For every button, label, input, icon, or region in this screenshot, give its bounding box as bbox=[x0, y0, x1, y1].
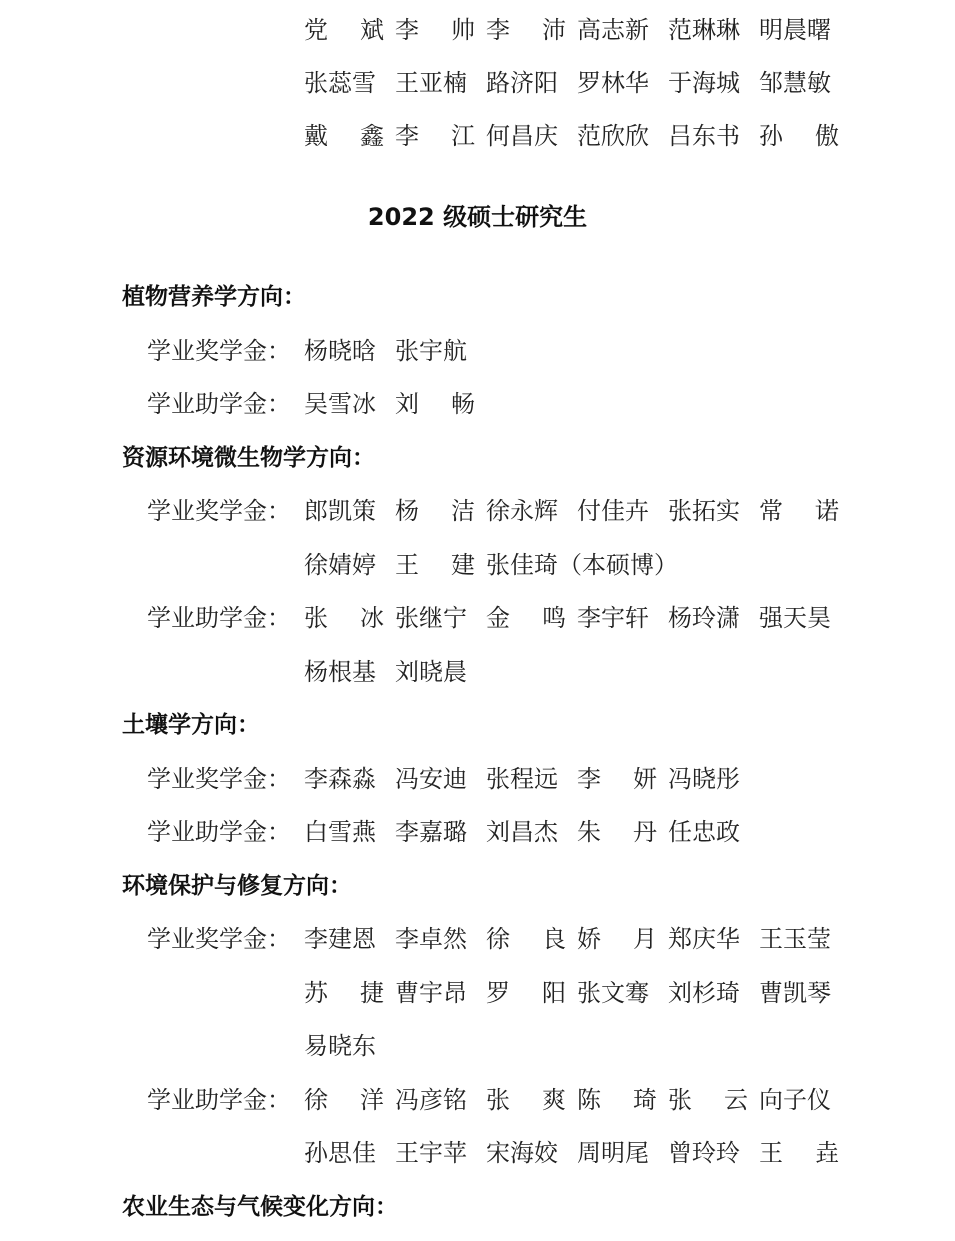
student-name: 李妍 bbox=[577, 759, 657, 799]
award-type-label: 学业助学金： bbox=[147, 812, 291, 852]
student-name: 刘畅 bbox=[395, 384, 475, 424]
student-name: 明晨曙 bbox=[759, 10, 839, 50]
student-name: 王建 bbox=[395, 545, 475, 585]
name-row: 学业助学金：吴雪冰刘畅 bbox=[0, 384, 955, 424]
student-name: 李帅 bbox=[395, 10, 475, 50]
direction-heading: 环境保护与修复方向： bbox=[122, 866, 352, 906]
student-name: 强天昊 bbox=[759, 598, 839, 638]
student-name: 张爽 bbox=[486, 1080, 566, 1120]
student-name: 罗林华 bbox=[577, 63, 657, 103]
student-name: 孙傲 bbox=[759, 116, 839, 156]
student-name: 张宇航 bbox=[395, 331, 475, 371]
student-name: 郑庆华 bbox=[668, 919, 748, 959]
scholarship-list-page: 党斌李帅李沛高志新范琳琳明晨曙张蕊雪王亚楠路济阳罗林华于海城邹慧敏戴鑫李江何昌庆… bbox=[0, 0, 955, 1241]
award-type-label: 学业助学金： bbox=[147, 384, 291, 424]
student-name: 向子仪 bbox=[759, 1080, 839, 1120]
student-name: 范琳琳 bbox=[668, 10, 748, 50]
student-name: 宋海姣 bbox=[486, 1133, 566, 1173]
student-name: 徐良 bbox=[486, 919, 566, 959]
student-name: 罗阳 bbox=[486, 973, 566, 1013]
student-name: 王玉莹 bbox=[759, 919, 839, 959]
student-name: 邹慧敏 bbox=[759, 63, 839, 103]
name-row: 张蕊雪王亚楠路济阳罗林华于海城邹慧敏 bbox=[0, 63, 955, 103]
student-name: 易晓东 bbox=[304, 1026, 384, 1066]
student-name: 苏捷 bbox=[304, 973, 384, 1013]
section-title: 2022 级硕士研究生 bbox=[0, 197, 955, 237]
student-name: 杨玲潇 bbox=[668, 598, 748, 638]
student-name: 李沛 bbox=[486, 10, 566, 50]
direction-heading: 植物营养学方向： bbox=[122, 277, 306, 317]
student-name: 王垚 bbox=[759, 1133, 839, 1173]
student-name: 吴雪冰 bbox=[304, 384, 384, 424]
student-name: 李嘉璐 bbox=[395, 812, 475, 852]
name-row: 学业奖学金：李森淼冯安迪张程远李妍冯晓彤 bbox=[0, 759, 955, 799]
student-name: 徐婧婷 bbox=[304, 545, 384, 585]
student-name: 付佳卉 bbox=[577, 491, 657, 531]
direction-heading: 土壤学方向： bbox=[122, 705, 260, 745]
name-row: 学业助学金：张冰张继宁金鸣李宇轩杨玲潇强天昊 bbox=[0, 598, 955, 638]
student-name: 戴鑫 bbox=[304, 116, 384, 156]
student-name: 金鸣 bbox=[486, 598, 566, 638]
student-name: 张云 bbox=[668, 1080, 748, 1120]
name-row: 学业奖学金：李建恩李卓然徐良娇月郑庆华王玉莹 bbox=[0, 919, 955, 959]
name-row: 戴鑫李江何昌庆范欣欣吕东书孙傲 bbox=[0, 116, 955, 156]
student-name: 常诺 bbox=[759, 491, 839, 531]
student-name: 冯安迪 bbox=[395, 759, 475, 799]
student-name: 王宇苹 bbox=[395, 1133, 475, 1173]
student-name: 冯彦铭 bbox=[395, 1080, 475, 1120]
student-name: 张继宁 bbox=[395, 598, 475, 638]
name-row: 杨根基刘晓晨 bbox=[0, 652, 955, 692]
name-row: 徐婧婷王建张佳琦（本硕博） bbox=[0, 545, 955, 585]
award-type-label: 学业奖学金： bbox=[147, 919, 291, 959]
student-name: 杨根基 bbox=[304, 652, 384, 692]
student-name: 党斌 bbox=[304, 10, 384, 50]
name-row: 党斌李帅李沛高志新范琳琳明晨曙 bbox=[0, 10, 955, 50]
direction-heading: 资源环境微生物学方向： bbox=[122, 438, 375, 478]
student-name: 朱丹 bbox=[577, 812, 657, 852]
student-name: 范欣欣 bbox=[577, 116, 657, 156]
award-type-label: 学业奖学金： bbox=[147, 491, 291, 531]
student-name: 曾玲玲 bbox=[668, 1133, 748, 1173]
student-name: 白雪燕 bbox=[304, 812, 384, 852]
name-row: 学业奖学金：郎凯策杨洁徐永辉付佳卉张拓实常诺 bbox=[0, 491, 955, 531]
name-row: 学业助学金：白雪燕李嘉璐刘昌杰朱丹任忠政 bbox=[0, 812, 955, 852]
student-name: 杨晓晗 bbox=[304, 331, 384, 371]
student-name: 徐永辉 bbox=[486, 491, 566, 531]
student-name: 任忠政 bbox=[668, 812, 748, 852]
student-name: 杨洁 bbox=[395, 491, 475, 531]
student-name: 李卓然 bbox=[395, 919, 475, 959]
student-name: 曹凯琴 bbox=[759, 973, 839, 1013]
award-type-label: 学业助学金： bbox=[147, 1080, 291, 1120]
name-row: 易晓东 bbox=[0, 1026, 955, 1066]
direction-heading: 农业生态与气候变化方向： bbox=[122, 1187, 398, 1227]
student-name: 刘晓晨 bbox=[395, 652, 475, 692]
student-name: 吕东书 bbox=[668, 116, 748, 156]
student-name: 高志新 bbox=[577, 10, 657, 50]
student-name: 陈琦 bbox=[577, 1080, 657, 1120]
student-name: 张佳琦（本硕博） bbox=[486, 545, 678, 585]
student-name: 刘昌杰 bbox=[486, 812, 566, 852]
student-name: 何昌庆 bbox=[486, 116, 566, 156]
student-name: 李森淼 bbox=[304, 759, 384, 799]
student-name: 郎凯策 bbox=[304, 491, 384, 531]
student-name: 冯晓彤 bbox=[668, 759, 748, 799]
student-name: 王亚楠 bbox=[395, 63, 475, 103]
student-name: 张程远 bbox=[486, 759, 566, 799]
student-name: 孙思佳 bbox=[304, 1133, 384, 1173]
student-name: 张拓实 bbox=[668, 491, 748, 531]
student-name: 周明尾 bbox=[577, 1133, 657, 1173]
student-name: 张蕊雪 bbox=[304, 63, 384, 103]
name-row: 学业助学金：徐洋冯彦铭张爽陈琦张云向子仪 bbox=[0, 1080, 955, 1120]
student-name: 李江 bbox=[395, 116, 475, 156]
award-type-label: 学业奖学金： bbox=[147, 331, 291, 371]
student-name: 刘杉琦 bbox=[668, 973, 748, 1013]
student-name: 徐洋 bbox=[304, 1080, 384, 1120]
student-name: 李建恩 bbox=[304, 919, 384, 959]
name-row: 孙思佳王宇苹宋海姣周明尾曾玲玲王垚 bbox=[0, 1133, 955, 1173]
name-row: 苏捷曹宇昂罗阳张文骞刘杉琦曹凯琴 bbox=[0, 973, 955, 1013]
student-name: 李宇轩 bbox=[577, 598, 657, 638]
student-name: 曹宇昂 bbox=[395, 973, 475, 1013]
student-name: 张冰 bbox=[304, 598, 384, 638]
award-type-label: 学业奖学金： bbox=[147, 759, 291, 799]
name-row: 学业奖学金：杨晓晗张宇航 bbox=[0, 331, 955, 371]
student-name: 于海城 bbox=[668, 63, 748, 103]
student-name: 娇月 bbox=[577, 919, 657, 959]
award-type-label: 学业助学金： bbox=[147, 598, 291, 638]
student-name: 路济阳 bbox=[486, 63, 566, 103]
student-name: 张文骞 bbox=[577, 973, 657, 1013]
